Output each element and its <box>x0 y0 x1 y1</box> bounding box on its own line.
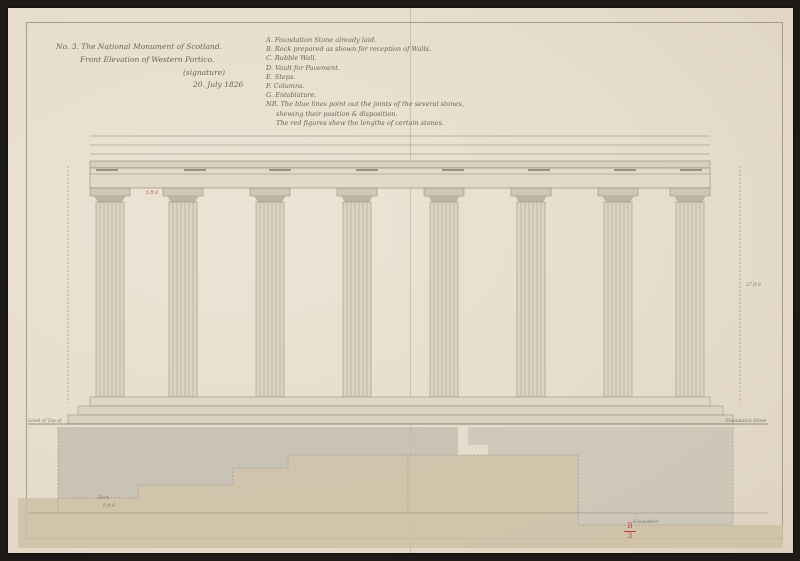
base-width-dimension: 8 ft 6 <box>103 504 115 509</box>
sheet-mark-letter: B <box>624 523 636 530</box>
intercolumn-dimension: 5 ft 6 <box>146 191 158 196</box>
rock-label: Rock <box>98 496 109 501</box>
sheet-mark: B 3 <box>624 523 636 540</box>
excavation-label: Excavation <box>633 520 658 525</box>
column-height-dimension: 27 ft 8 <box>746 283 761 288</box>
drawing-sheet: No. 3. The National Monument of Scotland… <box>8 8 793 553</box>
elevation-drawing <box>8 8 793 553</box>
level-label-right: Foundation Stone <box>726 419 766 424</box>
level-label-left: Level of Top of <box>28 419 62 424</box>
sheet-mark-number: 3 <box>624 533 636 540</box>
